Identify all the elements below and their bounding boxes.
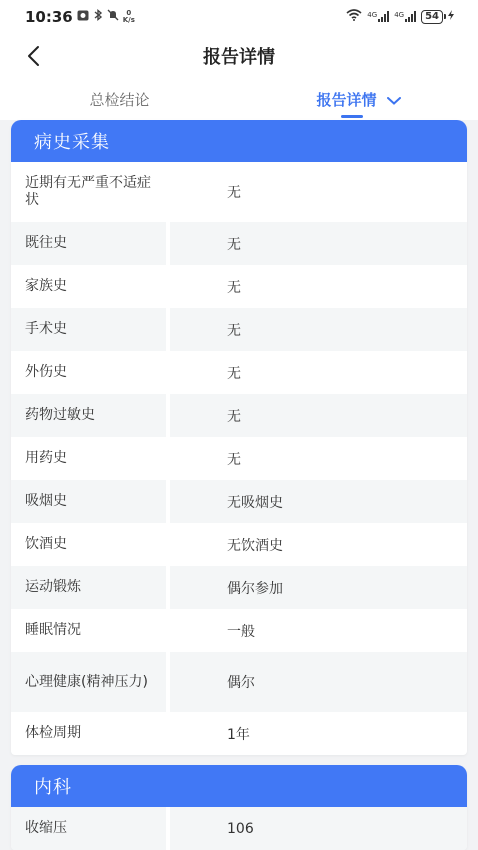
row-label: 外伤史 <box>11 351 170 394</box>
row-value: 无饮酒史 <box>170 523 467 566</box>
table-row: 吸烟史 无吸烟史 <box>11 480 467 523</box>
chevron-down-icon <box>387 91 401 109</box>
battery-tip <box>444 14 446 19</box>
row-value: 无吸烟史 <box>170 480 467 523</box>
status-time: 10:36 <box>25 8 73 26</box>
page-title: 报告详情 <box>203 43 275 69</box>
report-content[interactable]: 病史采集 近期有无严重不适症状 无 既往史 无 家族史 无 手术史 无 外伤史 … <box>0 120 478 850</box>
table-row: 收缩压 106 <box>11 807 467 850</box>
wifi-icon <box>346 9 362 24</box>
signal-bars-icon <box>378 11 389 22</box>
signal-bars-icon <box>405 11 416 22</box>
row-value: 无 <box>170 394 467 437</box>
row-value: 无 <box>170 265 467 308</box>
section-medical-history: 病史采集 近期有无严重不适症状 无 既往史 无 家族史 无 手术史 无 外伤史 … <box>11 120 467 755</box>
cell-signal-1: 4G <box>367 11 389 22</box>
tab-report-details[interactable]: 报告详情 <box>239 79 478 120</box>
row-label: 睡眠情况 <box>11 609 170 652</box>
section-header: 病史采集 <box>11 120 467 162</box>
bluetooth-icon <box>93 9 103 24</box>
network-type-1: 4G <box>367 11 377 19</box>
row-label: 近期有无严重不适症状 <box>11 162 170 222</box>
row-label: 用药史 <box>11 437 170 480</box>
tab-bar: 总检结论 报告详情 <box>0 79 478 120</box>
row-label: 手术史 <box>11 308 170 351</box>
row-label: 吸烟史 <box>11 480 170 523</box>
network-type-2: 4G <box>394 11 404 19</box>
row-label: 既往史 <box>11 222 170 265</box>
section-internal-medicine: 内科 收缩压 106 <box>11 765 467 850</box>
table-row: 睡眠情况 一般 <box>11 609 467 652</box>
table-row: 药物过敏史 无 <box>11 394 467 437</box>
nav-bar: 报告详情 <box>0 33 478 79</box>
cell-signal-2: 4G <box>394 11 416 22</box>
row-label: 心理健康(精神压力) <box>11 652 170 712</box>
row-label: 体检周期 <box>11 712 170 755</box>
table-row: 用药史 无 <box>11 437 467 480</box>
table-row: 心理健康(精神压力) 偶尔 <box>11 652 467 712</box>
row-value: 106 <box>170 807 467 850</box>
status-bar: 10:36 0 K/s 4G 4G 54 <box>0 0 478 33</box>
tab-label: 总检结论 <box>89 89 149 110</box>
charging-icon <box>448 10 454 23</box>
status-left: 10:36 0 K/s <box>25 8 135 26</box>
row-value: 无 <box>170 351 467 394</box>
tab-summary-conclusion[interactable]: 总检结论 <box>0 79 239 120</box>
row-value: 1年 <box>170 712 467 755</box>
table-row: 既往史 无 <box>11 222 467 265</box>
row-value: 无 <box>170 162 467 222</box>
row-label: 收缩压 <box>11 807 170 850</box>
mute-icon <box>107 9 119 24</box>
row-label: 运动锻炼 <box>11 566 170 609</box>
chevron-left-icon <box>26 45 40 67</box>
table-row: 近期有无严重不适症状 无 <box>11 162 467 222</box>
data-speed-unit: K/s <box>123 17 135 24</box>
section-header: 内科 <box>11 765 467 807</box>
table-row: 家族史 无 <box>11 265 467 308</box>
status-right: 4G 4G 54 <box>346 9 454 24</box>
table-row: 外伤史 无 <box>11 351 467 394</box>
row-label: 家族史 <box>11 265 170 308</box>
row-value: 无 <box>170 308 467 351</box>
table-row: 饮酒史 无饮酒史 <box>11 523 467 566</box>
battery-level: 54 <box>421 10 443 24</box>
row-value: 偶尔 <box>170 652 467 712</box>
row-label: 饮酒史 <box>11 523 170 566</box>
data-speed-icon: 0 K/s <box>123 10 135 24</box>
table-row: 运动锻炼 偶尔参加 <box>11 566 467 609</box>
tab-label: 报告详情 <box>316 89 376 110</box>
notification-icon <box>77 10 89 24</box>
row-label: 药物过敏史 <box>11 394 170 437</box>
battery-icon: 54 <box>421 10 454 24</box>
row-value: 偶尔参加 <box>170 566 467 609</box>
table-row: 体检周期 1年 <box>11 712 467 755</box>
back-button[interactable] <box>18 41 48 71</box>
row-value: 无 <box>170 437 467 480</box>
row-value: 一般 <box>170 609 467 652</box>
table-row: 手术史 无 <box>11 308 467 351</box>
row-value: 无 <box>170 222 467 265</box>
